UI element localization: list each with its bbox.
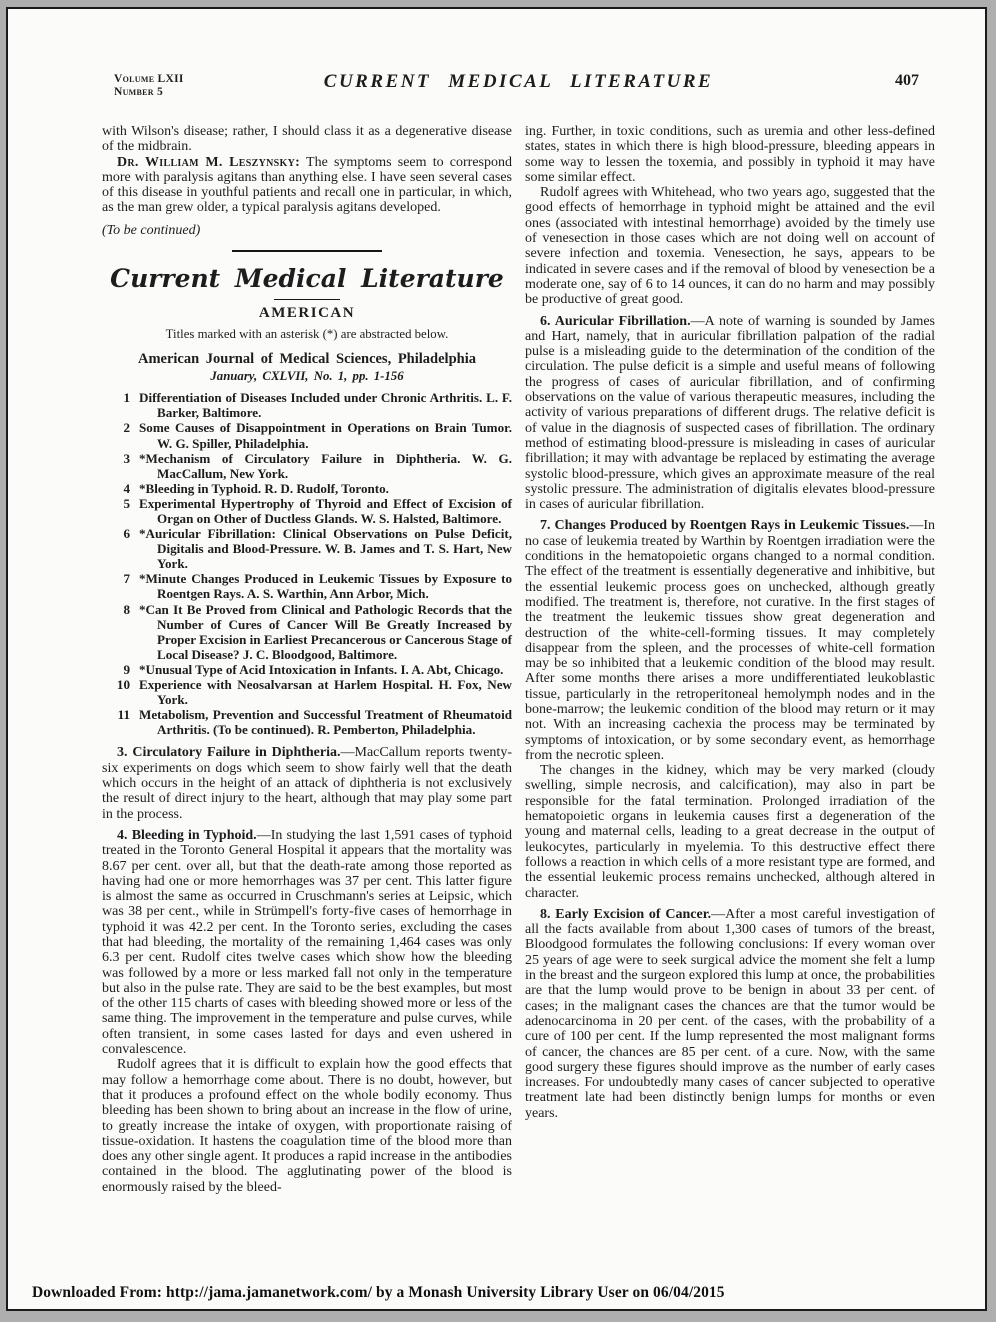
two-column-body: with Wilson's disease; rather, I should …: [102, 124, 935, 1195]
abstract-6-title: 6. Auricular Fibrillation.: [540, 314, 691, 329]
left-column: with Wilson's disease; rather, I should …: [102, 124, 512, 1195]
toc-item: 8*Can It Be Proved from Clinical and Pat…: [102, 602, 512, 662]
abstract-7-title: 7. Changes Produced by Roentgen Rays in …: [540, 518, 909, 533]
leszynsky-paragraph: Dr. William M. Leszynsky: The symptoms s…: [102, 155, 512, 216]
speaker-name: Dr. William M. Leszynsky:: [117, 155, 300, 170]
section-heading: Current Medical Literature: [102, 265, 512, 292]
section-divider-rule: [232, 250, 382, 252]
abstract-section-6: 6. Auricular Fibrillation.—A note of war…: [525, 314, 935, 513]
right-column: ing. Further, in toxic conditions, such …: [525, 124, 935, 1195]
carryover-paragraph-right: ing. Further, in toxic conditions, such …: [525, 124, 935, 185]
toc-item: 4*Bleeding in Typhoid. R. D. Rudolf, Tor…: [102, 481, 512, 496]
journal-name-heading: American Journal of Medical Sciences, Ph…: [102, 352, 512, 367]
toc-item: 2Some Causes of Disappointment in Operat…: [102, 420, 512, 450]
abstract-section-7: 7. Changes Produced by Roentgen Rays in …: [525, 518, 935, 763]
toc-item: 11Metabolism, Prevention and Successful …: [102, 707, 512, 737]
toc-item: 10Experience with Neosalvarsan at Harlem…: [102, 677, 512, 707]
toc-item: 5Experimental Hypertrophy of Thyroid and…: [102, 496, 512, 526]
carryover-paragraph: with Wilson's disease; rather, I should …: [102, 124, 512, 155]
kidney-paragraph: The changes in the kidney, which may be …: [525, 763, 935, 901]
toc-item: 1Differentiation of Diseases Included un…: [102, 390, 512, 420]
whitehead-paragraph: Rudolf agrees with Whitehead, who two ye…: [525, 185, 935, 307]
toc-item: 3*Mechanism of Circulatory Failure in Di…: [102, 451, 512, 481]
issue-citation-line: January, CXLVII, No. 1, pp. 1-156: [102, 369, 512, 384]
abstract-section-4: 4. Bleeding in Typhoid.—In studying the …: [102, 828, 512, 1057]
heading-underline-rule: [274, 299, 340, 300]
toc-item: 7*Minute Changes Produced in Leukemic Ti…: [102, 571, 512, 601]
abstract-4-title: 4. Bleeding in Typhoid.: [117, 828, 257, 843]
rudolf-paragraph: Rudolf agrees that it is difficult to ex…: [102, 1057, 512, 1195]
page-content: Volume LXII Number 5 CURRENT MEDICAL LIT…: [8, 9, 985, 1195]
toc-item: 9*Unusual Type of Acid Intoxication in I…: [102, 662, 512, 677]
abstract-8-title: 8. Early Excision of Cancer.: [540, 907, 711, 922]
page-number: 407: [895, 72, 919, 90]
abstract-section-3: 3. Circulatory Failure in Diphtheria.—Ma…: [102, 745, 512, 821]
running-head-title: CURRENT MEDICAL LITERATURE: [102, 71, 935, 93]
to-be-continued: (To be continued): [102, 223, 512, 238]
abstract-section-8: 8. Early Excision of Cancer.—After a mos…: [525, 907, 935, 1121]
abstract-3-title: 3. Circulatory Failure in Diphtheria.: [117, 745, 341, 760]
download-provenance-footer: Downloaded From: http://jama.jamanetwork…: [32, 1284, 725, 1302]
asterisk-note: Titles marked with an asterisk (*) are a…: [102, 327, 512, 342]
scanned-journal-page: Volume LXII Number 5 CURRENT MEDICAL LIT…: [6, 7, 987, 1311]
region-heading: AMERICAN: [102, 306, 512, 321]
toc-item: 6*Auricular Fibrillation: Clinical Obser…: [102, 526, 512, 571]
running-head: Volume LXII Number 5 CURRENT MEDICAL LIT…: [102, 71, 935, 111]
table-of-contents: 1Differentiation of Diseases Included un…: [102, 390, 512, 737]
